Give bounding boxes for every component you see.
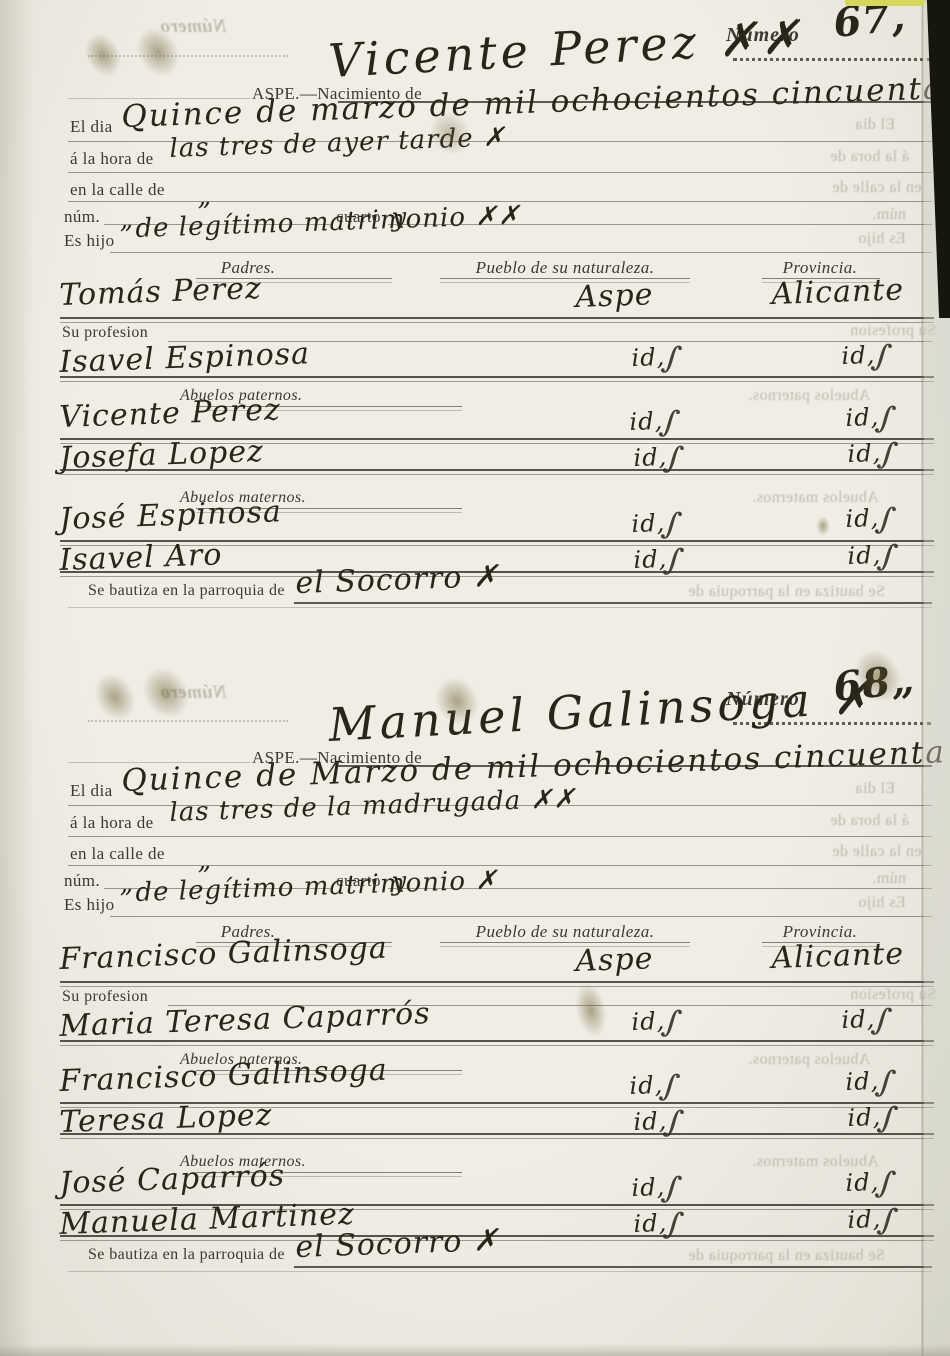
el-dia-label: El dia [70, 781, 113, 801]
mother-pueblo-id: id, [631, 1006, 681, 1036]
mother-provincia-id: id, [841, 1004, 891, 1034]
parish-name: el Socorro ✗ [295, 1223, 500, 1265]
street-ditto-mark: „ [197, 182, 213, 212]
father-pueblo: Aspe [575, 941, 654, 979]
hora-label: á la hora de [70, 813, 154, 833]
bleedthrough-text: Es hijo [858, 230, 906, 248]
bleedthrough-text: Abuelos maternos. [752, 1153, 879, 1171]
ruled-line [68, 1271, 932, 1272]
bleedthrough-text: núm. [872, 870, 906, 888]
mother-name: Isavel Espinosa [59, 336, 311, 380]
ruled-line [68, 607, 932, 608]
maternal-grandmother-provincia-id: id, [847, 1204, 897, 1234]
maternal-grandfather-pueblo-id: id, [631, 1172, 681, 1202]
maternal-grandfather-pueblo-id: id, [631, 508, 681, 538]
double-rule [60, 1133, 934, 1139]
scan-edge-artifact [845, 0, 925, 6]
bleedthrough-text: El dia [855, 116, 895, 134]
bleedthrough-text: El dia [855, 780, 895, 798]
record-number: 67, [831, 0, 908, 47]
legitimacy-entry: de legítimo matrimonio ✗✗ [135, 201, 521, 244]
bleedthrough-text: Es hijo [858, 894, 906, 912]
bleedthrough-text: Abuelos paternos. [748, 387, 870, 405]
bleedthrough-text: Se bautiza en la parroquia de [688, 583, 885, 601]
ruled-line [68, 865, 932, 866]
paternal-grandfather-provincia-id: id, [845, 1066, 895, 1096]
pueblo-header: Pueblo de su naturaleza. [428, 922, 702, 942]
maternal-grandmother-provincia-id: id, [847, 540, 897, 570]
bleedthrough-text: Abuelos paternos. [748, 1051, 870, 1069]
maternal-grandmother-pueblo-id: id, [633, 1208, 683, 1238]
ruled-line [110, 252, 932, 253]
calle-label: en la calle de [70, 180, 165, 200]
bautiza-label: Se bautiza en la parroquia de [88, 1246, 285, 1264]
registry-page-scan: Número 67, ASPE.—Nacimiento de Vicente P… [0, 0, 950, 1356]
bleedthrough-text: núm. [872, 206, 906, 224]
paternal-grandmother-pueblo-id: id, [633, 1106, 683, 1136]
pueblo-header: Pueblo de su naturaleza. [428, 258, 702, 278]
paternal-grandfather-name: Vicente Perez [59, 392, 282, 435]
paternal-grandfather-pueblo-id: id, [629, 406, 679, 436]
page-crease [921, 0, 924, 1356]
profesion-label: Su profesion [62, 988, 148, 1006]
paternal-grandmother-provincia-id: id, [847, 1102, 897, 1132]
paternal-grandmother-provincia-id: id, [847, 438, 897, 468]
street-ditto-mark: „ [197, 846, 213, 876]
page-bottom-edge [0, 1344, 950, 1356]
ruled-line [68, 836, 932, 837]
double-rule [60, 469, 934, 475]
father-name: Tomás Perez [59, 271, 263, 313]
es-hijo-label: Es hijo [64, 231, 115, 251]
num-label: núm. [64, 207, 100, 227]
bleedthrough-text: Abuelos maternos. [752, 489, 879, 507]
double-rule [60, 317, 934, 323]
legitimacy-entry: de legítimo matrimonio ✗ [135, 865, 499, 908]
ruled-line [294, 602, 932, 604]
calle-label: en la calle de [70, 844, 165, 864]
house-number-ditto: „ [119, 205, 135, 235]
maternal-grandfather-provincia-id: id, [845, 1167, 895, 1197]
bleedthrough-text: á la hora de [830, 812, 909, 830]
es-hijo-label: Es hijo [64, 895, 115, 915]
birth-record-67: Número 67, ASPE.—Nacimiento de Vicente P… [0, 0, 950, 640]
father-provincia: Alicante [771, 272, 905, 312]
paternal-grandfather-provincia-id: id, [845, 402, 895, 432]
house-number-ditto: „ [119, 869, 135, 899]
double-rule [60, 1040, 934, 1046]
el-dia-label: El dia [70, 117, 113, 137]
child-name: Vicente Perez ✗✗ [327, 9, 805, 88]
birth-record-68: Número 68„ ASPE.—Nacimiento de Manuel Ga… [0, 664, 950, 1304]
double-rule [60, 981, 934, 987]
double-rule [60, 376, 934, 382]
hora-label: á la hora de [70, 149, 154, 169]
birth-date: Quince de marzo de mil ochocientos cincu… [121, 69, 950, 135]
maternal-grandfather-name: José Caparrós [59, 1158, 286, 1201]
bleedthrough-text: en la calle de [832, 843, 922, 861]
num-label: núm. [64, 871, 100, 891]
profesion-label: Su profesion [62, 324, 148, 342]
father-pueblo: Aspe [575, 277, 654, 315]
mother-provincia-id: id, [841, 340, 891, 370]
bleedthrough-text: á la hora de [830, 148, 909, 166]
paternal-grandfather-pueblo-id: id, [629, 1070, 679, 1100]
ruled-line [110, 916, 932, 917]
parish-name: el Socorro ✗ [295, 559, 500, 601]
ruled-line [294, 1266, 932, 1268]
ruled-line [68, 172, 932, 173]
paternal-grandmother-pueblo-id: id, [633, 442, 683, 472]
maternal-grandmother-pueblo-id: id, [633, 544, 683, 574]
paternal-grandfather-name: Francisco Galinsoga [59, 1053, 388, 1099]
father-name: Francisco Galinsoga [59, 931, 388, 977]
ink-smudge [816, 516, 830, 536]
mother-pueblo-id: id, [631, 342, 681, 372]
maternal-grandfather-provincia-id: id, [845, 503, 895, 533]
father-provincia: Alicante [771, 936, 905, 976]
bautiza-label: Se bautiza en la parroquia de [88, 582, 285, 600]
bleedthrough-text: Se bautiza en la parroquia de [688, 1247, 885, 1265]
bleedthrough-text: en la calle de [832, 179, 922, 197]
maternal-grandfather-name: José Espinosa [59, 494, 283, 537]
